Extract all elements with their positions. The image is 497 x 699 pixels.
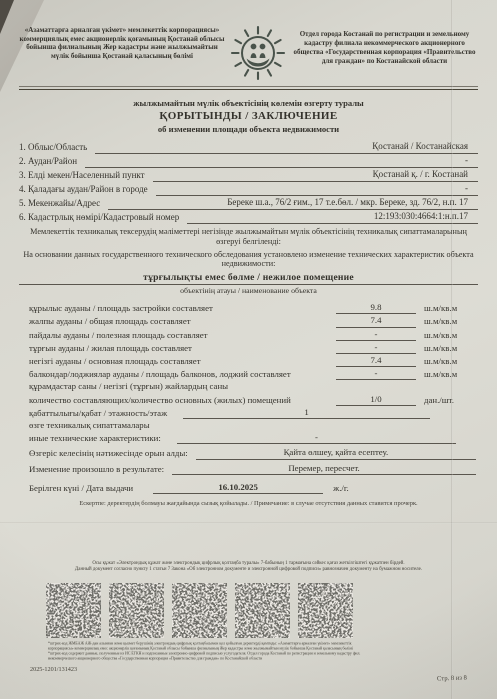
char-value: 1/0: [336, 393, 416, 406]
horizontal-fold-crease: [0, 522, 497, 524]
char-row-total-area: жалпы ауданы / общая площадь составляет …: [29, 314, 478, 327]
char-label: жалпы ауданы / общая площадь составляет: [29, 315, 191, 327]
char-row-components-ru: количество составляющих/количество основ…: [29, 393, 478, 406]
char-label: количество составляющих/количество основ…: [29, 394, 291, 406]
header-rule: [19, 86, 478, 90]
char-unit: ж./г.: [323, 482, 349, 494]
char-value: -: [177, 431, 456, 444]
dash-note: Ескертпе: деректердің болмауы жағдайында…: [19, 500, 478, 507]
field-label: 4. Қаладағы аудан/Район в городе: [19, 183, 148, 196]
char-row-components-kk: құрамдастар саны / негізгі (тұрғын) жайл…: [29, 380, 478, 392]
org-name-russian: Отдел города Костанай по регистрации и з…: [291, 30, 478, 66]
char-value: -: [336, 341, 416, 354]
field-address: 5. Мекенжайы/Адрес Береке ш.а., 76/2 ғим…: [19, 196, 478, 210]
char-label: құрылыс ауданы / площадь застройки соста…: [29, 302, 213, 314]
char-value: -: [336, 367, 416, 380]
char-label: Берілген күні / Дата выдачи: [29, 482, 133, 494]
char-row-balcony-area: балкондар/лоджиялар ауданы / площадь бал…: [29, 367, 478, 380]
char-value: 9.8: [336, 301, 416, 314]
title-subtitle-ru: об изменении площади объекта недвижимост…: [19, 124, 478, 134]
datamatrix-barcode-icon: [172, 583, 227, 638]
field-settlement: 3. Елді мекен/Населенный пункт Қостанай …: [19, 168, 478, 182]
char-unit: ш.м/кв.м: [416, 315, 478, 327]
datamatrix-barcode-icon: [298, 583, 353, 638]
document-title: ҚОРЫТЫНДЫ / ЗАКЛЮЧЕНИЕ: [19, 110, 478, 122]
char-label: Өзгеріс келесінің нәтижесінде орын алды:: [29, 447, 188, 459]
char-label: қабаттылығы/қабат / этажность/этаж: [29, 407, 167, 419]
object-name: тұрғылықты емес бөлме / нежилое помещени…: [19, 272, 478, 285]
char-row-main-area: негізгі ауданы / основная площадь состав…: [29, 354, 478, 367]
object-name-caption: объектінің атауы / наименование объекта: [19, 286, 478, 295]
field-city-district: 4. Қаладағы аудан/Район в городе -: [19, 182, 478, 196]
char-unit: ш.м/кв.м: [416, 368, 478, 380]
char-unit: ш.м/кв.м: [416, 329, 478, 341]
char-row-built-area: құрылыс ауданы / площадь застройки соста…: [29, 301, 478, 314]
char-label: Изменение произошло в результате:: [29, 463, 164, 475]
characteristics-table: құрылыс ауданы / площадь застройки соста…: [19, 301, 478, 494]
field-value: Қостанай / Костанайская: [95, 140, 478, 154]
field-oblast: 1. Облыс/Область Қостанай / Костанайская: [19, 140, 478, 154]
char-row-change-reason-kk: Өзгеріс келесінің нәтижесінде орын алды:…: [29, 446, 478, 459]
char-label: негізгі ауданы / основная площадь состав…: [29, 355, 201, 367]
char-unit: ш.м/кв.м: [416, 302, 478, 314]
char-value: Перемер, пересчет.: [172, 462, 476, 475]
char-label: тұрғын ауданы / жилая площадь составляет: [29, 342, 192, 354]
document-photo: «Азаматтарға арналған үкімет» мемлекетті…: [0, 0, 497, 699]
footnote-line: некоммерческого акционерного общества «Г…: [48, 656, 478, 661]
digital-note-ru: Данный документ согласно пункту 1 статьи…: [0, 566, 497, 572]
char-label: иные технические характеристики:: [29, 432, 161, 444]
field-value: Қостанай қ. / г. Костанай: [153, 168, 478, 182]
char-unit: дан./шт.: [416, 394, 478, 406]
char-row-living-area: тұрғын ауданы / жилая площадь составляет…: [29, 341, 478, 354]
field-label: 3. Елді мекен/Населенный пункт: [19, 169, 145, 182]
statement-ru: На основании данных государственного тех…: [19, 250, 478, 270]
char-label: өзге техникалық сипаттамалары: [29, 419, 150, 431]
field-value: -: [156, 182, 478, 196]
datamatrix-barcode-icon: [235, 583, 290, 638]
document-number: 2025-1201/131423: [30, 666, 77, 673]
char-unit: ш.м/кв.м: [416, 342, 478, 354]
char-row-other-ru: иные технические характеристики: -: [29, 431, 478, 444]
letterhead: «Азаматтарға арналған үкімет» мемлекетті…: [19, 26, 478, 82]
location-fields: 1. Облыс/Область Қостанай / Костанайская…: [19, 140, 478, 224]
barcode-footnote: *штрих-код ЖМБАЖ АЖ-дан алынған және қыз…: [48, 641, 478, 661]
field-label: 5. Мекенжайы/Адрес: [19, 197, 100, 210]
barcode-row: [46, 583, 353, 638]
char-row-floor: қабаттылығы/қабат / этажность/этаж 1: [29, 406, 478, 419]
char-value: Қайта өлшеу, қайта есептеу.: [196, 446, 476, 459]
char-label: пайдалы ауданы / полезная площадь состав…: [29, 329, 208, 341]
field-label: 6. Кадастрлық нөмірі/Кадастровый номер: [19, 211, 179, 224]
datamatrix-barcode-icon: [46, 583, 101, 638]
char-row-change-reason-ru: Изменение произошло в результате: Переме…: [29, 462, 478, 475]
char-row-useful-area: пайдалы ауданы / полезная площадь состав…: [29, 328, 478, 341]
char-value: 7.4: [336, 354, 416, 367]
field-district: 2. Аудан/Район -: [19, 154, 478, 168]
gov-corporation-emblem-icon: [225, 24, 291, 82]
digital-equivalence-note: Осы құжат «Электрондық құжат және электр…: [0, 560, 497, 573]
statement-kk: Мемлекеттік техникалық тексерудің мәліме…: [19, 227, 478, 247]
char-row-issue-date: Берілген күні / Дата выдачи 16.10.2025 ж…: [29, 481, 478, 494]
char-label: балкондар/лоджиялар ауданы / площадь бал…: [29, 368, 291, 380]
field-cadastral-number: 6. Кадастрлық нөмірі/Кадастровый номер 1…: [19, 210, 478, 224]
char-row-other-kk: өзге техникалық сипаттамалары: [29, 419, 478, 431]
vertical-fold-crease: [451, 0, 453, 699]
field-label: 1. Облыс/Область: [19, 141, 87, 154]
field-label: 2. Аудан/Район: [19, 155, 77, 168]
issue-date-value: 16.10.2025: [153, 481, 323, 494]
field-value: Береке ш.а., 76/2 ғим., 17 т.е.бөл. / мк…: [108, 196, 478, 210]
title-subtitle-kk: жылжымайтын мүлік объектісінің көлемін ө…: [19, 98, 478, 108]
char-unit: ш.м/кв.м: [416, 355, 478, 367]
field-value: -: [85, 154, 478, 168]
org-name-kazakh: «Азаматтарға арналған үкімет» мемлекетті…: [19, 26, 225, 61]
char-value: 1: [183, 406, 430, 419]
field-value: 12:193:030:4664:1:н.п.17: [187, 210, 478, 224]
datamatrix-barcode-icon: [109, 583, 164, 638]
char-label: құрамдастар саны / негізгі (тұрғын) жайл…: [29, 380, 228, 392]
char-value: 7.4: [336, 314, 416, 327]
char-value: -: [336, 328, 416, 341]
